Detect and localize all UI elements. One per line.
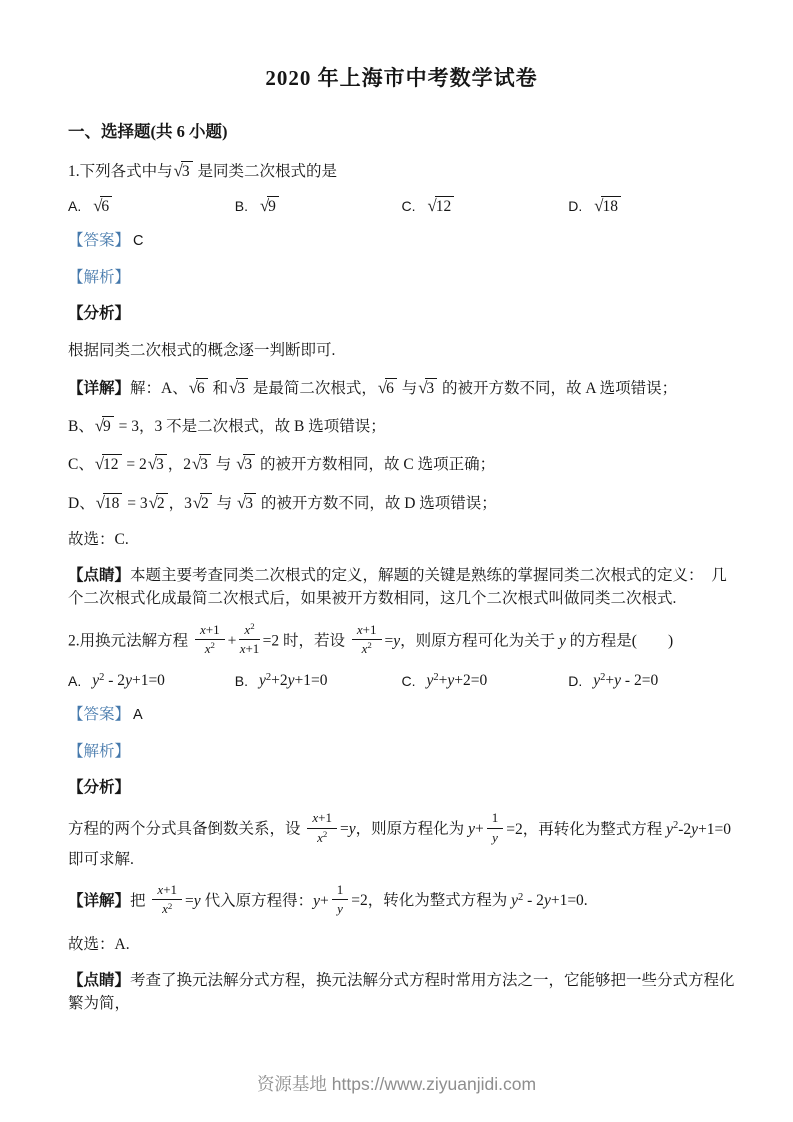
fraction-expression: 1y [332,882,349,918]
sqrt-expression: √12 [95,456,122,473]
text-run: ，2 [168,456,191,473]
fraction-numerator: 1 [332,882,349,900]
fraction-denominator: y [487,829,504,846]
fraction-expression: x+1x2 [352,622,382,658]
radicand: 2 [156,493,168,512]
text-run: 的被开方数相同，故 C 选项正确； [256,456,495,473]
radicand: 3 [243,454,255,473]
sqrt-expression: √12 [428,196,455,216]
fraction-numerator: x+1 [352,622,382,640]
text-run: 与 [212,456,235,473]
paragraph: 1.下列各式中与√3 是同类二次根式的是 [68,158,735,183]
exam-page: 2020 年上海市中考数学试卷 一、选择题(共 6 小题)1.下列各式中与√3 … [0,0,793,1122]
paragraph: C、√12 = 2√3，2√3 与 √3 的被开方数相同，故 C 选项正确； [68,451,735,476]
radicand: 3 [155,454,167,473]
option-letter: D. [568,198,582,214]
text-run: y2 - 2y+1=0 [92,672,165,690]
answer-letter: C [130,233,143,249]
text-run: 一、选择题(共 6 小题) [68,122,228,141]
paragraph: 【详解】解：A、√6 和√3 是最简二次根式，√6 与√3 的被开方数不同，故 … [68,375,735,400]
paragraph: 【点睛】考查了换元法解分式方程，换元法解分式方程时常用方法之一，它能够把一些分式… [68,969,735,1016]
text-run: y2+y+2=0 [427,672,488,690]
fraction-numerator: x+1 [307,810,337,828]
sqrt-expression: √3 [192,456,211,473]
paragraph: 【详解】把 x+1x2=y 代入原方程得：y+1y=2，转化为整式方程为 y2 … [68,884,735,920]
option-item: B.y2+2y+1=0 [235,672,402,690]
option-letter: B. [235,673,248,689]
radicand: 9 [267,196,279,215]
text-run: 解：A、 [130,380,188,397]
text-run: 与 [213,495,236,512]
paragraph: 故选：C. [68,528,735,551]
fraction-denominator: x+1 [239,640,259,657]
radicand: 2 [200,493,212,512]
fraction-denominator: x2 [352,640,382,657]
bold-bracket-label: 【分析】 [68,779,130,796]
radicand: 3 [244,493,256,512]
watermark-footer: 资源基地 https://www.ziyuanjidi.com [0,1071,793,1096]
text-run: =y，则原方程化为 y+ [340,821,484,838]
text-run: 是最简二次根式， [249,380,377,397]
fraction-expression: x+1x2 [307,810,337,846]
text-run: 1.下列各式中与 [68,163,173,180]
text-run: 根据同类二次根式的概念逐一判断即可. [68,342,335,359]
option-item: A.√6 [68,196,235,216]
blue-bracket-label: 【答案】 [68,232,130,249]
text-run: y2+2y+1=0 [259,672,328,690]
sqrt-expression: √3 [418,380,437,397]
blue-bracket-label: 【解析】 [68,269,130,286]
answer-letter: A [130,707,143,723]
section-heading: 一、选择题(共 6 小题) [68,118,735,142]
option-letter: C. [402,673,416,689]
text-run: 方程的两个分式具备倒数关系，设 [68,821,304,838]
text-run: 2.用换元法解方程 [68,632,192,649]
text-run: 与 [398,380,417,397]
sqrt-expression: √6 [189,380,208,397]
sqrt-expression: √2 [193,495,212,512]
text-run: + [228,632,237,649]
document-title: 2020 年上海市中考数学试卷 [68,62,735,92]
sqrt-expression: √2 [149,495,168,512]
sqrt-expression: √3 [237,495,256,512]
text-run: D、 [68,495,95,512]
text-run: 的被开方数不同，故 A 选项错误； [438,380,677,397]
sqrt-expression: √3 [174,163,193,180]
sqrt-expression: √18 [96,495,123,512]
text-run: ，3 [169,495,192,512]
text-run: = 3，3 不是二次根式，故 B 选项错误； [115,418,386,435]
sqrt-expression: √9 [95,418,114,435]
bold-bracket-label: 【详解】 [68,380,130,397]
option-item: C.√12 [402,196,569,216]
fraction-denominator: y [332,900,349,917]
radicand: 12 [102,454,122,473]
text-run: =y 代入原方程得： [185,892,313,909]
paragraph: 【点睛】本题主要考查同类二次根式的定义，解题的关键是熟练的掌握同类二次根式的定义… [68,564,735,611]
option-item: B.√9 [235,196,402,216]
paragraph: 2.用换元法解方程 x+1x2+x2x+1=2 时，若设 x+1x2=y，则原方… [68,624,735,660]
blue-bracket-label: 【解析】 [68,743,130,760]
paragraph: 【解析】 [68,266,735,289]
paragraph: 【分析】 [68,302,735,325]
option-letter: D. [568,673,582,689]
sqrt-expression: √3 [236,456,255,473]
sqrt-expression: √3 [229,380,248,397]
fraction-numerator: x+1 [195,622,225,640]
radicand: 3 [181,161,193,180]
paragraph: B、√9 = 3，3 不是二次根式，故 B 选项错误； [68,413,735,438]
paragraph: 【分析】 [68,776,735,799]
fraction-denominator: x2 [307,829,337,846]
option-letter: C. [402,198,416,214]
fraction-numerator: 1 [487,810,504,828]
text-run: y2+y - 2=0 [593,672,658,690]
text-run: =y，则原方程可化为关于 y 的方程是( ) [385,632,674,649]
blue-bracket-label: 【答案】 [68,706,130,723]
radicand: 9 [102,416,114,435]
text-run: = 3 [123,495,147,512]
options-row: A.y2 - 2y+1=0B.y2+2y+1=0C.y2+y+2=0D.y2+y… [68,672,735,690]
text-run: C、 [68,456,94,473]
paragraph: 故选：A. [68,933,735,956]
radicand: 3 [199,454,211,473]
fraction-expression: x2x+1 [239,622,259,658]
document-content: 2020 年上海市中考数学试卷 一、选择题(共 6 小题)1.下列各式中与√3 … [0,0,793,1015]
fraction-numerator: x+1 [152,882,182,900]
text-run: 本题主要考查同类二次根式的定义，解题的关键是熟练的掌握同类二次根式的定义： 几个… [68,567,727,607]
fraction-expression: x+1x2 [152,882,182,918]
option-item: A.y2 - 2y+1=0 [68,672,235,690]
option-item: D.√18 [568,196,735,216]
text-run: y+ [313,892,329,909]
fraction-expression: 1y [487,810,504,846]
radicand: 6 [196,378,208,397]
sqrt-expression: √9 [260,196,279,216]
bold-bracket-label: 【详解】 [68,892,130,909]
radicand: 18 [103,493,123,512]
bold-bracket-label: 【点睛】 [68,567,130,584]
paragraph: 【解析】 [68,740,735,763]
text-run: =2 时，若设 [263,632,349,649]
options-row: A.√6B.√9C.√12D.√18 [68,196,735,216]
text-run: 是同类二次根式的是 [194,163,337,180]
text-run: 故选：A. [68,936,130,953]
sqrt-expression: √6 [93,196,112,216]
paragraph: 【答案】A [68,703,735,727]
text-run: = 2 [123,456,147,473]
option-item: D.y2+y - 2=0 [568,672,735,690]
text-run: 和 [209,380,228,397]
fraction-denominator: x2 [152,900,182,917]
option-letter: B. [235,198,248,214]
document-body: 一、选择题(共 6 小题)1.下列各式中与√3 是同类二次根式的是A.√6B.√… [68,118,735,1015]
bold-bracket-label: 【分析】 [68,305,130,322]
option-item: C.y2+y+2=0 [402,672,569,690]
fraction-numerator: x2 [239,622,259,640]
option-letter: A. [68,673,81,689]
text-run: =2，转化为整式方程为 y2 - 2y+1=0. [351,892,587,909]
text-run: 故选：C. [68,531,129,548]
bold-bracket-label: 【点睛】 [68,972,130,989]
fraction-expression: x+1x2 [195,622,225,658]
paragraph: 【答案】C [68,229,735,253]
text-run: 把 [130,892,149,909]
radicand: 18 [601,196,621,215]
text-run: B、 [68,418,94,435]
paragraph: 根据同类二次根式的概念逐一判断即可. [68,339,735,362]
sqrt-expression: √18 [594,196,621,216]
radicand: 3 [236,378,248,397]
radicand: 6 [100,196,112,215]
text-run: 的被开方数不同，故 D 选项错误； [257,495,497,512]
sqrt-expression: √3 [148,456,167,473]
sqrt-expression: √6 [378,380,397,397]
paragraph: 方程的两个分式具备倒数关系，设 x+1x2=y，则原方程化为 y+1y=2，再转… [68,812,735,871]
option-letter: A. [68,198,81,214]
radicand: 3 [425,378,437,397]
radicand: 6 [385,378,397,397]
fraction-denominator: x2 [195,640,225,657]
text-run: 考查了换元法解分式方程，换元法解分式方程时常用方法之一，它能够把一些分式方程化繁… [68,972,735,1012]
paragraph: D、√18 = 3√2，3√2 与 √3 的被开方数不同，故 D 选项错误； [68,490,735,515]
radicand: 12 [435,196,455,215]
